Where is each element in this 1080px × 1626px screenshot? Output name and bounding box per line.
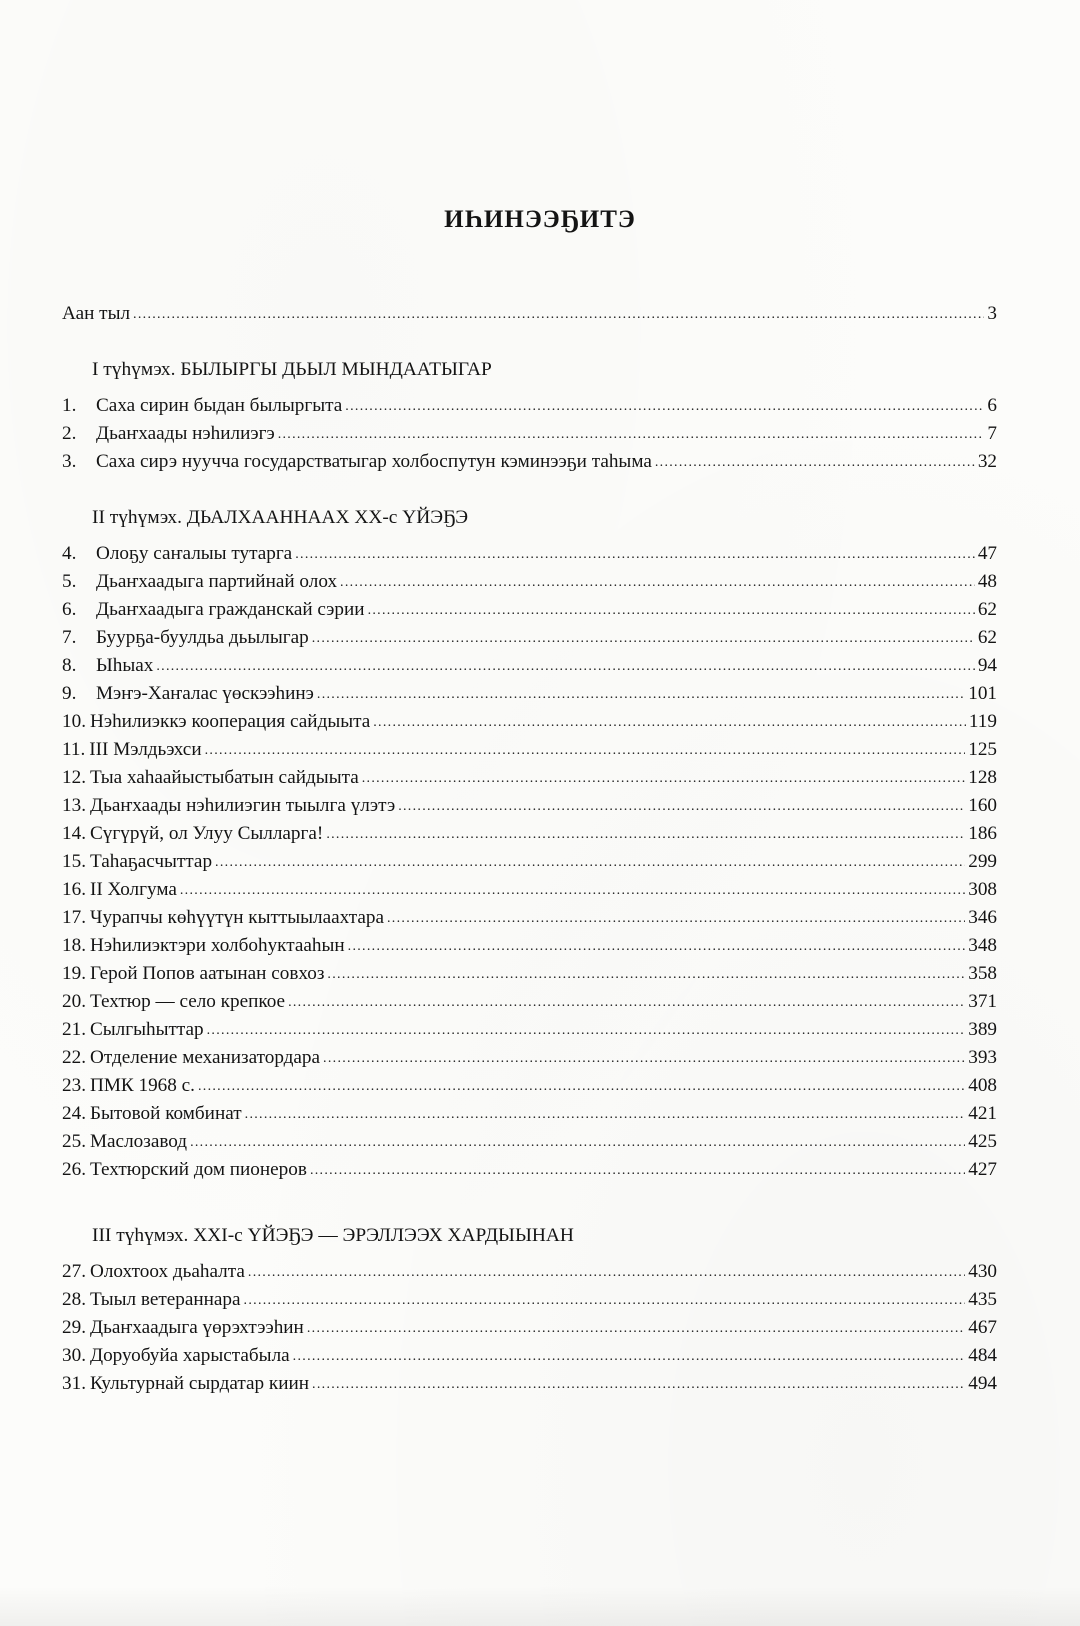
- toc-entry: 8.Ыһыах94: [62, 652, 997, 680]
- toc-entry: 7.Буурҕа-буулдьа дьылыгар62: [62, 624, 997, 652]
- dot-leader: [398, 791, 965, 821]
- dot-leader: [215, 847, 965, 877]
- entry-label: Дьаҥхаадыга үөрэхтээһин: [90, 1314, 304, 1342]
- entry-page-number: 3: [987, 300, 997, 328]
- toc-entry: 13.Дьаҥхаады нэһилиэгин тыылга үлэтэ160: [62, 792, 997, 820]
- entry-label: Дьаҥхаадыга партийнай олох: [96, 568, 337, 596]
- toc-entry: 11.III Мэлдьэхси125: [62, 736, 997, 764]
- entry-label: Нэһилиэктэри холбоһуктааһын: [90, 932, 345, 960]
- entry-page-number: 393: [968, 1044, 997, 1072]
- entry-number: 4.: [62, 540, 96, 568]
- entry-page-number: 62: [978, 624, 997, 652]
- entry-label: Олоҕу саҥалыы тутарга: [96, 540, 292, 568]
- toc-entry: 4.Олоҕу саҥалыы тутарга47: [62, 540, 997, 568]
- section-3-entries: 27.Олохтоох дьаһалта43028.Тыыл ветеранна…: [62, 1258, 997, 1398]
- entry-number: 29.: [62, 1314, 86, 1342]
- toc-entry: 19.Герой Попов аатынан совхоз358: [62, 960, 997, 988]
- entry-page-number: 467: [968, 1314, 997, 1342]
- entry-label: Дьаҥхаадыга гражданскай сэрии: [96, 596, 365, 624]
- entry-page-number: 484: [968, 1342, 997, 1370]
- entry-page-number: 6: [987, 392, 997, 420]
- dot-leader: [340, 567, 975, 597]
- entry-number: 15.: [62, 848, 86, 876]
- dot-leader: [317, 679, 965, 709]
- section-1-entries: 1.Саха сирин быдан былыргыта6 2.Дьаҥхаад…: [62, 392, 997, 476]
- page-title: ИҺИНЭЭҔИТЭ: [0, 206, 1080, 234]
- dot-leader: [205, 735, 966, 765]
- entry-label: Культурнай сырдатар киин: [90, 1370, 309, 1398]
- dot-leader: [326, 819, 965, 849]
- dot-leader: [387, 903, 965, 933]
- dot-leader: [248, 1257, 965, 1287]
- entry-number: 12.: [62, 764, 86, 792]
- entry-number: 8.: [62, 652, 96, 680]
- entry-label: Тыа хаһаайыстыбатын сайдыыта: [90, 764, 359, 792]
- entry-label: Бытовой комбинат: [90, 1100, 242, 1128]
- dot-leader: [180, 875, 965, 905]
- dot-leader: [312, 623, 975, 653]
- section-2-entries: 4.Олоҕу саҥалыы тутарга475.Дьаҥхаадыга п…: [62, 540, 997, 1184]
- entry-label: Чурапчы көһүүтүн кыттыылаахтара: [90, 904, 384, 932]
- entry-number: 26.: [62, 1156, 86, 1184]
- dot-leader: [190, 1127, 965, 1157]
- entry-label: Отделение механизатордара: [90, 1044, 320, 1072]
- entry-label: III Мэлдьэхси: [89, 736, 201, 764]
- entry-number: 2.: [62, 420, 96, 448]
- dot-leader: [207, 1015, 966, 1045]
- entry-number: 3.: [62, 448, 96, 476]
- table-of-contents: Аан тыл 3 I түһүмэх. БЫЛЫРГЫ ДЬЫЛ МЫНДАА…: [62, 300, 997, 1398]
- toc-entry: 2.Дьаҥхаады нэһилиэгэ7: [62, 420, 997, 448]
- entry-number: 17.: [62, 904, 86, 932]
- entry-label: Олохтоох дьаһалта: [90, 1258, 245, 1286]
- section-heading-3: III түһүмэх. XXI-с ҮЙЭҔЭ — ЭРЭЛЛЭЭХ ХАРД…: [62, 1222, 997, 1250]
- entry-number: 27.: [62, 1258, 86, 1286]
- entry-number: 5.: [62, 568, 96, 596]
- dot-leader: [295, 539, 975, 569]
- entry-number: 30.: [62, 1342, 86, 1370]
- entry-page-number: 7: [987, 420, 997, 448]
- entry-page-number: 408: [968, 1072, 997, 1100]
- entry-number: 13.: [62, 792, 86, 820]
- toc-entry: 3.Саха сирэ нуучча государстватыгар холб…: [62, 448, 997, 476]
- dot-leader: [345, 391, 984, 421]
- entry-page-number: 389: [968, 1016, 997, 1044]
- book-page: ИҺИНЭЭҔИТЭ Аан тыл 3 I түһүмэх. БЫЛЫРГЫ …: [0, 0, 1080, 1626]
- toc-entry-intro: Аан тыл 3: [62, 300, 997, 328]
- entry-number: 31.: [62, 1370, 86, 1398]
- entry-number: 18.: [62, 932, 86, 960]
- toc-entry: 23.ПМК 1968 с.408: [62, 1072, 997, 1100]
- entry-label: Таһаҕасчыттар: [90, 848, 212, 876]
- entry-page-number: 125: [968, 736, 997, 764]
- entry-label: Герой Попов аатынан совхоз: [90, 960, 324, 988]
- toc-entry: 25.Маслозавод425: [62, 1128, 997, 1156]
- entry-label: Маслозавод: [90, 1128, 187, 1156]
- entry-number: 11.: [62, 736, 85, 764]
- toc-entry: 22.Отделение механизатордара393: [62, 1044, 997, 1072]
- toc-entry: 6.Дьаҥхаадыга гражданскай сэрии62: [62, 596, 997, 624]
- entry-page-number: 421: [968, 1100, 997, 1128]
- entry-page-number: 371: [968, 988, 997, 1016]
- entry-page-number: 348: [968, 932, 997, 960]
- entry-number: 16.: [62, 876, 86, 904]
- dot-leader: [307, 1313, 965, 1343]
- entry-number: 20.: [62, 988, 86, 1016]
- entry-page-number: 119: [969, 708, 997, 736]
- toc-entry: 27.Олохтоох дьаһалта430: [62, 1258, 997, 1286]
- entry-label: Сылгыһыттар: [90, 1016, 204, 1044]
- dot-leader: [373, 707, 966, 737]
- entry-number: 28.: [62, 1286, 86, 1314]
- toc-entry: 24.Бытовой комбинат421: [62, 1100, 997, 1128]
- page-shadow: [0, 1586, 1080, 1626]
- entry-page-number: 47: [978, 540, 997, 568]
- toc-entry: 16.II Холгума308: [62, 876, 997, 904]
- entry-label: II Холгума: [90, 876, 177, 904]
- entry-label: Буурҕа-буулдьа дьылыгар: [96, 624, 309, 652]
- dot-leader: [198, 1071, 965, 1101]
- dot-leader: [327, 959, 965, 989]
- entry-page-number: 346: [968, 904, 997, 932]
- dot-leader: [244, 1285, 966, 1315]
- toc-entry: 29.Дьаҥхаадыга үөрэхтээһин467: [62, 1314, 997, 1342]
- entry-number: 9.: [62, 680, 96, 708]
- entry-label: Мэҥэ-Хаҥалас үөскээһинэ: [96, 680, 314, 708]
- toc-entry: 28.Тыыл ветераннара435: [62, 1286, 997, 1314]
- toc-entry: 31.Культурнай сырдатар киин494: [62, 1370, 997, 1398]
- entry-page-number: 427: [968, 1156, 997, 1184]
- dot-leader: [133, 299, 984, 329]
- entry-number: 19.: [62, 960, 86, 988]
- entry-number: 1.: [62, 392, 96, 420]
- dot-leader: [312, 1369, 965, 1399]
- dot-leader: [368, 595, 975, 625]
- dot-leader: [278, 419, 985, 449]
- section-heading-2: II түһүмэх. ДЬАЛХААННААХ XX-с ҮЙЭҔЭ: [62, 504, 997, 532]
- toc-entry: 26.Техтюрский дом пионеров427: [62, 1156, 997, 1184]
- entry-page-number: 160: [968, 792, 997, 820]
- toc-entry: 9.Мэҥэ-Хаҥалас үөскээһинэ101: [62, 680, 997, 708]
- entry-label: Аан тыл: [62, 300, 130, 328]
- toc-entry: 1.Саха сирин быдан былыргыта6: [62, 392, 997, 420]
- entry-page-number: 308: [968, 876, 997, 904]
- entry-number: 23.: [62, 1072, 86, 1100]
- entry-page-number: 435: [968, 1286, 997, 1314]
- entry-page-number: 128: [968, 764, 997, 792]
- entry-number: 10.: [62, 708, 86, 736]
- toc-entry: 20.Техтюр — село крепкое371: [62, 988, 997, 1016]
- toc-entry: 10.Нэһилиэккэ кооперация сайдыыта119: [62, 708, 997, 736]
- entry-page-number: 494: [968, 1370, 997, 1398]
- dot-leader: [293, 1341, 966, 1371]
- entry-page-number: 101: [968, 680, 997, 708]
- entry-page-number: 32: [978, 448, 997, 476]
- entry-label: Доруобуйа харыстабыла: [90, 1342, 290, 1370]
- dot-leader: [156, 651, 974, 681]
- entry-page-number: 62: [978, 596, 997, 624]
- entry-label: Нэһилиэккэ кооперация сайдыыта: [90, 708, 370, 736]
- entry-page-number: 186: [968, 820, 997, 848]
- entry-number: 25.: [62, 1128, 86, 1156]
- entry-number: 14.: [62, 820, 86, 848]
- entry-page-number: 94: [978, 652, 997, 680]
- dot-leader: [310, 1155, 965, 1185]
- toc-entry: 21.Сылгыһыттар389: [62, 1016, 997, 1044]
- toc-entry: 5.Дьаҥхаадыга партийнай олох48: [62, 568, 997, 596]
- entry-label: Техтюр — село крепкое: [90, 988, 285, 1016]
- entry-label: Саха сирэ нуучча государстватыгар холбос…: [96, 448, 652, 476]
- entry-number: 21.: [62, 1016, 86, 1044]
- dot-leader: [288, 987, 965, 1017]
- toc-entry: 30.Доруобуйа харыстабыла484: [62, 1342, 997, 1370]
- entry-number: 22.: [62, 1044, 86, 1072]
- dot-leader: [655, 447, 975, 477]
- toc-entry: 14.Сүгүрүй, ол Улуу Сылларга!186: [62, 820, 997, 848]
- entry-number: 24.: [62, 1100, 86, 1128]
- entry-label: Ыһыах: [96, 652, 153, 680]
- entry-page-number: 299: [968, 848, 997, 876]
- toc-entry: 12.Тыа хаһаайыстыбатын сайдыыта128: [62, 764, 997, 792]
- entry-label: Техтюрский дом пионеров: [90, 1156, 307, 1184]
- toc-entry: 15.Таһаҕасчыттар299: [62, 848, 997, 876]
- entry-number: 7.: [62, 624, 96, 652]
- entry-label: Сүгүрүй, ол Улуу Сылларга!: [90, 820, 323, 848]
- entry-label: Дьаҥхаады нэһилиэгэ: [96, 420, 275, 448]
- entry-number: 6.: [62, 596, 96, 624]
- entry-label: Дьаҥхаады нэһилиэгин тыылга үлэтэ: [90, 792, 395, 820]
- dot-leader: [362, 763, 965, 793]
- entry-label: Тыыл ветераннара: [90, 1286, 241, 1314]
- dot-leader: [245, 1099, 966, 1129]
- dot-leader: [323, 1043, 965, 1073]
- entry-page-number: 358: [968, 960, 997, 988]
- dot-leader: [348, 931, 966, 961]
- toc-entry: 18.Нэһилиэктэри холбоһуктааһын348: [62, 932, 997, 960]
- entry-page-number: 430: [968, 1258, 997, 1286]
- section-heading-1: I түһүмэх. БЫЛЫРГЫ ДЬЫЛ МЫНДААТЫГАР: [62, 356, 997, 384]
- entry-label: ПМК 1968 с.: [90, 1072, 195, 1100]
- entry-page-number: 425: [968, 1128, 997, 1156]
- entry-label: Саха сирин быдан былыргыта: [96, 392, 342, 420]
- toc-entry: 17.Чурапчы көһүүтүн кыттыылаахтара346: [62, 904, 997, 932]
- entry-page-number: 48: [978, 568, 997, 596]
